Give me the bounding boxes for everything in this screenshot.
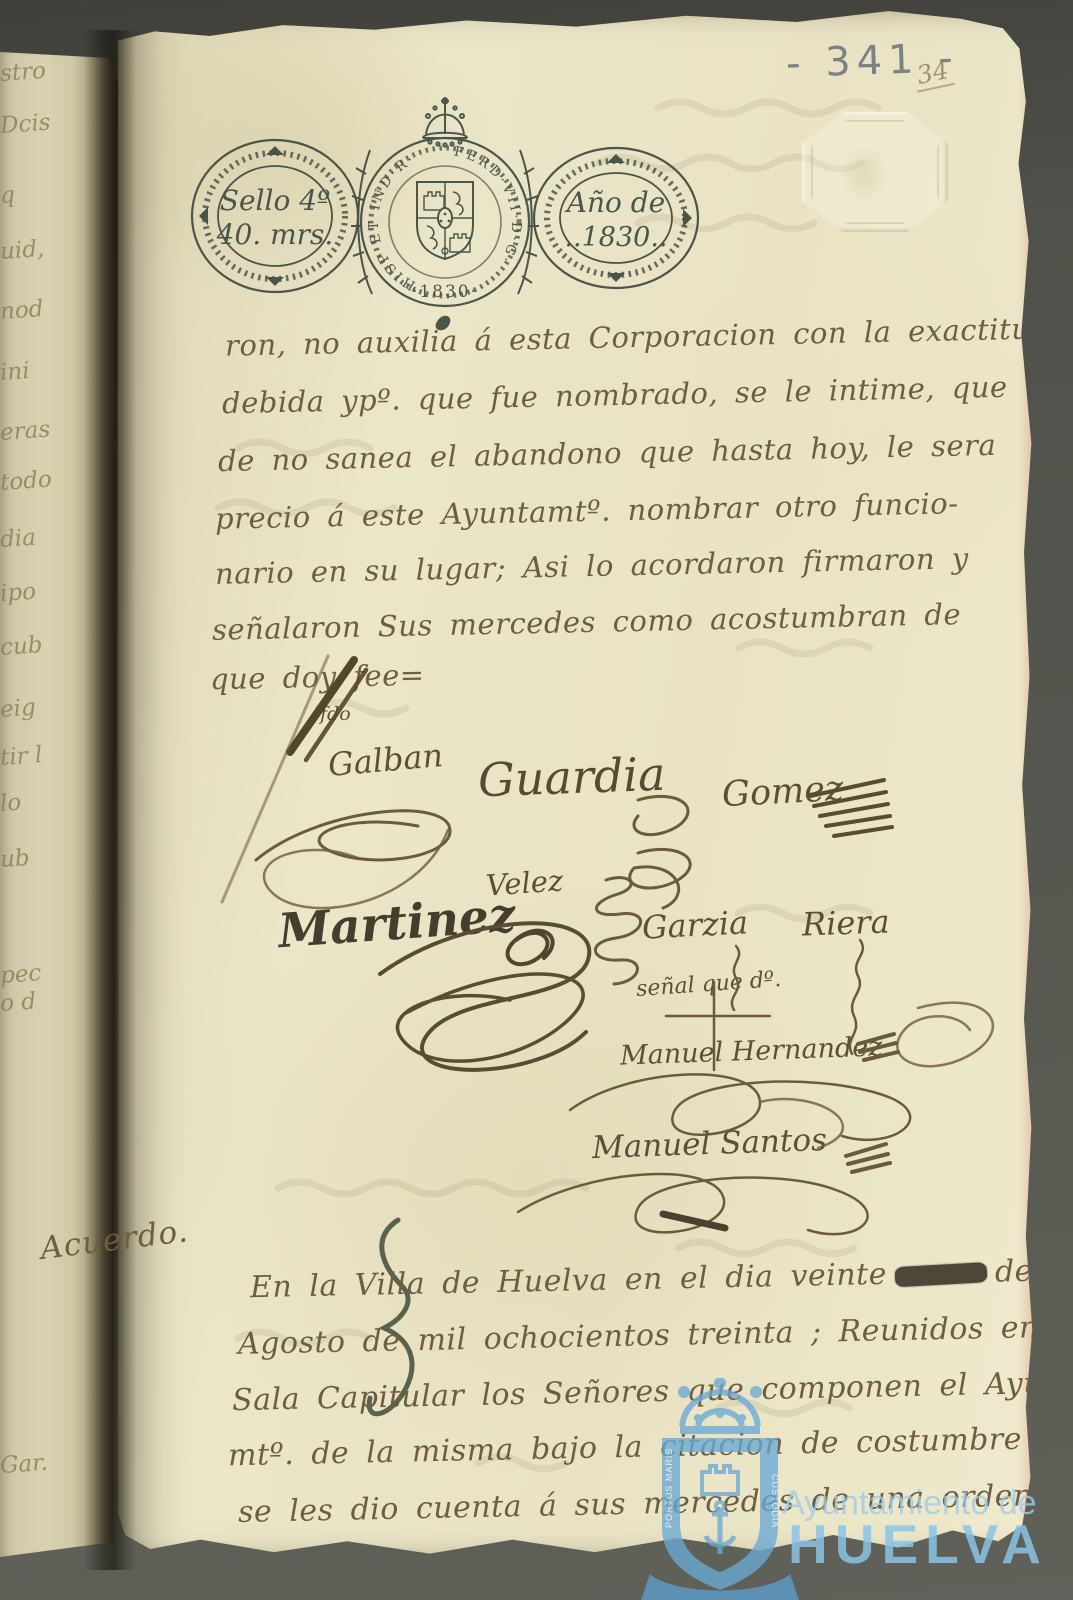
acuerdo-line1-post: de: [995, 1254, 1034, 1290]
margin-fragment: q: [0, 177, 87, 209]
margin-fragment: eig: [0, 691, 87, 723]
margin-fragment: ini: [0, 354, 87, 386]
margin-fragment: eras: [0, 414, 87, 446]
margin-fragment: dia: [0, 521, 87, 553]
margin-fragment: lo: [0, 785, 87, 817]
margin-fragment: o d: [0, 985, 87, 1017]
margin-fragment: cub: [0, 629, 87, 661]
margin-fragment: ipo: [0, 575, 87, 607]
margin-fragment: Gar.: [0, 1447, 87, 1479]
margin-fragment: Dcis: [0, 107, 87, 139]
huelva-crest-watermark: PORTUS MARIS CUSTODIA: [632, 1378, 807, 1600]
margin-fragment: pec: [0, 957, 87, 989]
crest-motto-right: CUSTODIA: [770, 1474, 780, 1528]
margin-fragment: nod: [0, 293, 87, 325]
margin-fragment: uid,: [0, 233, 87, 265]
margin-fragment: stro: [0, 55, 87, 87]
manuscript-page: Sello 4º 40. mrs. Año de ..1830.. ·1830·…: [118, 8, 1035, 1563]
margin-fragment: tir l: [0, 739, 87, 771]
margin-fragment: todo: [0, 464, 87, 496]
previous-page-edge: stro Dcis q uid, nod ini eras todo dia i…: [0, 52, 118, 1557]
crest-anchor-icon: [706, 1508, 734, 1554]
crossed-out-word: [894, 1262, 987, 1287]
crest-motto-left: PORTUS MARIS: [664, 1448, 674, 1528]
manuscript-photo: stro Dcis q uid, nod ini eras todo dia i…: [0, 0, 1073, 1600]
watermark-huelva-text: HUELVA: [788, 1512, 1048, 1576]
margin-fragment: ub: [0, 841, 87, 873]
crest-tower: [702, 1466, 738, 1494]
